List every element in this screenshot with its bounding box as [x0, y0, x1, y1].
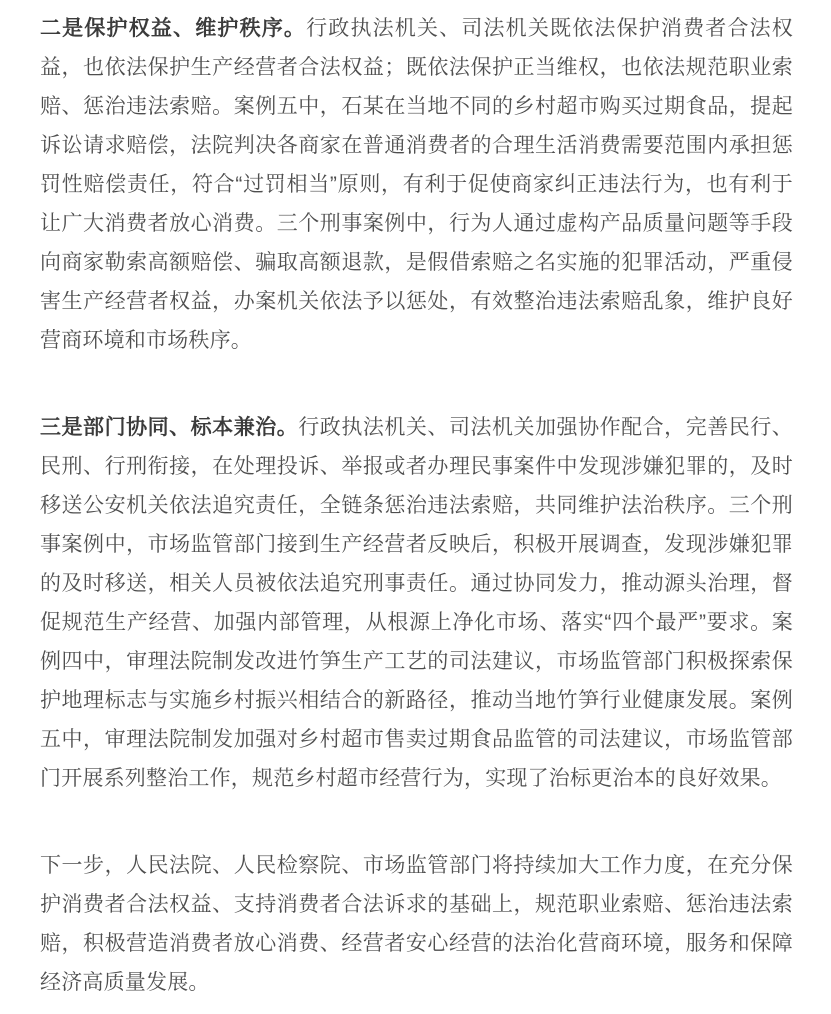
paragraph-dept-coordination-body: 行政执法机关、司法机关加强协作配合，完善民行、民刑、行刑衔接，在处理投诉、举报或…: [40, 416, 793, 790]
article: 二是保护权益、维护秩序。行政执法机关、司法机关既依法保护消费者合法权益，也依法保…: [0, 0, 831, 1002]
paragraph-protect-rights-body: 行政执法机关、司法机关既依法保护消费者合法权益，也依法保护生产经营者合法权益；既…: [40, 17, 793, 352]
paragraph-protect-rights-lead: 二是保护权益、维护秩序。: [40, 17, 306, 40]
paragraph-next-steps-body: 下一步，人民法院、人民检察院、市场监管部门将持续加大工作力度，在充分保护消费者合…: [40, 854, 793, 994]
paragraph-protect-rights: 二是保护权益、维护秩序。行政执法机关、司法机关既依法保护消费者合法权益，也依法保…: [40, 9, 793, 360]
paragraph-dept-coordination: 三是部门协同、标本兼治。行政执法机关、司法机关加强协作配合，完善民行、民刑、行刑…: [40, 408, 793, 798]
paragraph-next-steps: 下一步，人民法院、人民检察院、市场监管部门将持续加大工作力度，在充分保护消费者合…: [40, 846, 793, 1002]
paragraph-dept-coordination-lead: 三是部门协同、标本兼治。: [40, 416, 298, 439]
